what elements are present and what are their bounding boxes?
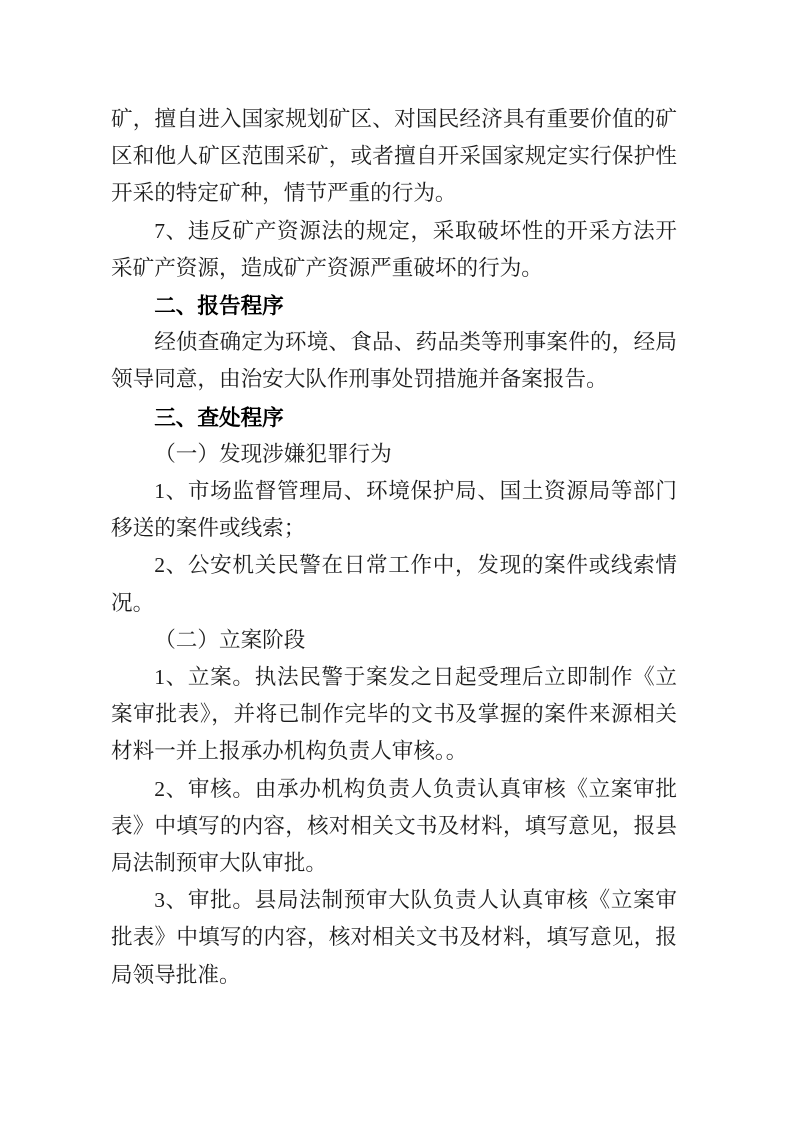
section-heading: 二、报告程序	[111, 287, 677, 324]
body-paragraph: 矿，擅自进入国家规划矿区、对国民经济具有重要价值的矿区和他人矿区范围采矿，或者擅…	[111, 101, 677, 213]
document-content: 矿，擅自进入国家规划矿区、对国民经济具有重要价值的矿区和他人矿区范围采矿，或者擅…	[111, 101, 677, 994]
body-paragraph: （一）发现涉嫌犯罪行为	[111, 436, 677, 473]
body-paragraph: （二）立案阶段	[111, 622, 677, 659]
body-paragraph: 经侦查确定为环境、食品、药品类等刑事案件的，经局领导同意，由治安大队作刑事处罚措…	[111, 324, 677, 398]
body-paragraph: 7、违反矿产资源法的规定，采取破坏性的开采方法开采矿产资源，造成矿产资源严重破坏…	[111, 213, 677, 287]
body-paragraph: 3、审批。县局法制预审大队负责人认真审核《立案审批表》中填写的内容，核对相关文书…	[111, 882, 677, 994]
body-paragraph: 2、审核。由承办机构负责人负责认真审核《立案审批表》中填写的内容，核对相关文书及…	[111, 771, 677, 883]
body-paragraph: 2、公安机关民警在日常工作中，发现的案件或线索情况。	[111, 547, 677, 621]
section-heading: 三、查处程序	[111, 399, 677, 436]
body-paragraph: 1、立案。执法民警于案发之日起受理后立即制作《立案审批表》，并将已制作完毕的文书…	[111, 659, 677, 771]
document-page: 矿，擅自进入国家规划矿区、对国民经济具有重要价值的矿区和他人矿区范围采矿，或者擅…	[0, 0, 793, 1122]
body-paragraph: 1、市场监督管理局、环境保护局、国土资源局等部门移送的案件或线索；	[111, 473, 677, 547]
